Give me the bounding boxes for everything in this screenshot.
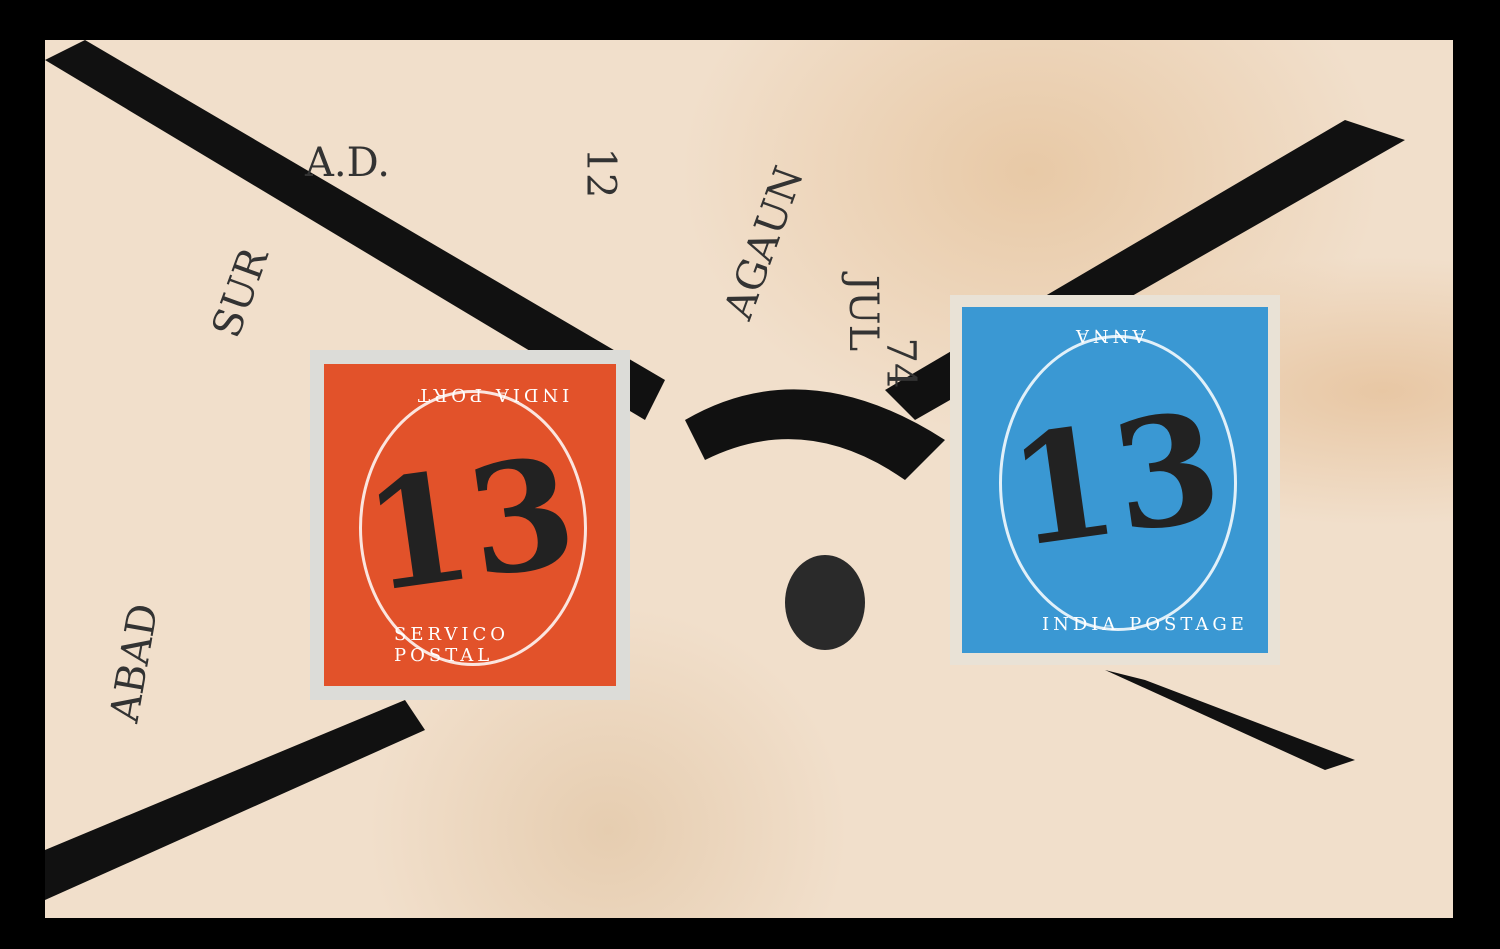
blue-india-stamp: INDIA POSTAGE ANNA 13 [950,295,1280,665]
numeral-cancel: 13 [999,378,1230,581]
postmark-ad: A.D. [305,140,390,186]
blue-stamp-top-inscription: ANNA [1072,325,1146,346]
postmark-year: 74 [877,338,923,389]
blue-stamp-inscription: INDIA POSTAGE [1042,614,1248,635]
postmark-day: 12 [577,148,623,199]
red-stamp-inscription: SERVICO POSTAL [394,624,616,666]
numeral-cancel: 13 [354,423,585,626]
embossed-seal [785,555,865,650]
red-service-stamp: SERVICO POSTAL INDIA PORT 13 [310,350,630,700]
red-stamp-top-inscription: INDIA PORT [414,384,569,405]
